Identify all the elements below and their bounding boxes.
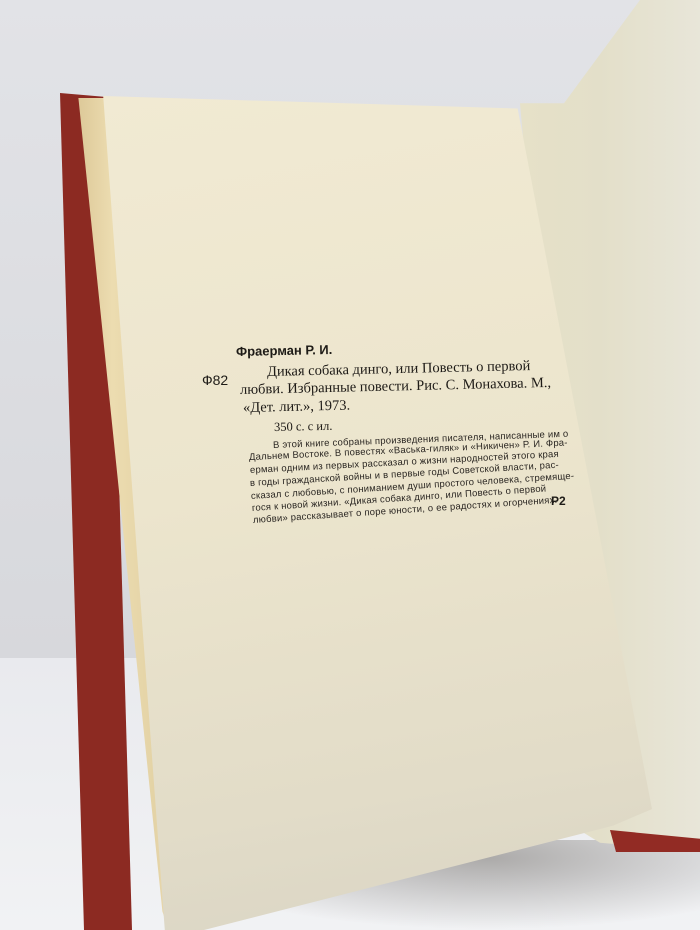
photo-scene: Фраерман Р. И. Ф82 Дикая собака динго, и… xyxy=(0,0,700,930)
catalog-code: Ф82 xyxy=(202,372,228,388)
catalog-card-text: Фраерман Р. И. Ф82 Дикая собака динго, и… xyxy=(0,0,700,930)
page-extent: 350 с. с ил. xyxy=(274,419,333,435)
author-name: Фраерман Р. И. xyxy=(236,342,333,359)
classification-index: Р2 xyxy=(551,494,566,508)
title-line: «Дет. лит.», 1973. xyxy=(243,398,351,417)
